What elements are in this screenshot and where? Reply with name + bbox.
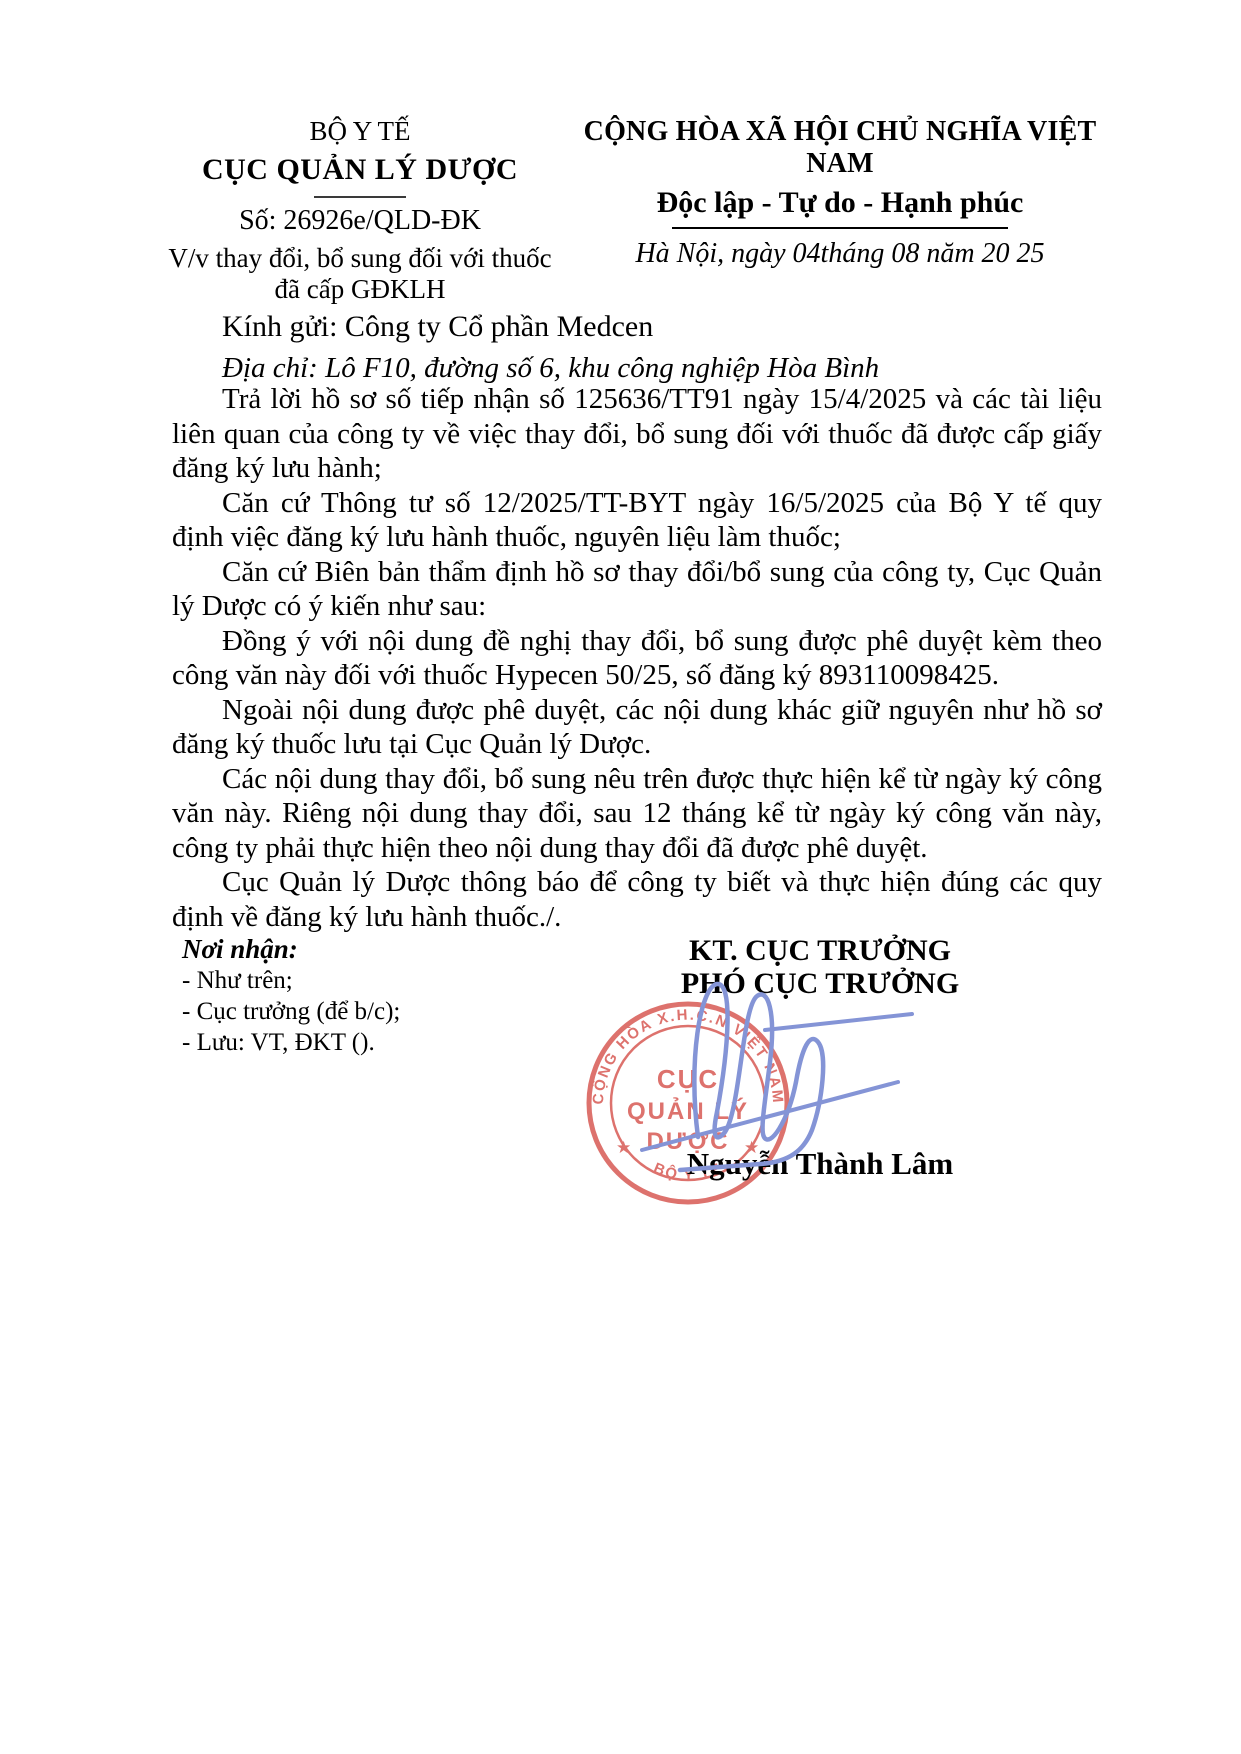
- distribution-item: - Như trên;: [182, 965, 400, 996]
- distribution-label: Nơi nhận:: [182, 934, 400, 965]
- subject-line-2: đã cấp GĐKLH: [150, 274, 570, 305]
- national-motto: Độc lập - Tự do - Hạnh phúc: [565, 186, 1115, 220]
- national-title: CỘNG HÒA XÃ HỘI CHỦ NGHĨA VIỆT NAM: [565, 116, 1115, 180]
- signature-loops: [680, 984, 823, 1170]
- national-header-block: CỘNG HÒA XÃ HỘI CHỦ NGHĨA VIỆT NAM Độc l…: [565, 116, 1115, 270]
- body-paragraph: Trả lời hồ sơ số tiếp nhận số 125636/TT9…: [172, 382, 1102, 486]
- motto-underline: [672, 227, 1008, 229]
- issuing-agency-block: BỘ Y TẾ CỤC QUẢN LÝ DƯỢC Số: 26926e/QLD-…: [150, 116, 570, 305]
- issuing-agency: CỤC QUẢN LÝ DƯỢC: [150, 153, 570, 187]
- recipient-address: Địa chỉ: Lô F10, đường số 6, khu công ng…: [222, 352, 879, 385]
- agency-underline: [314, 196, 406, 198]
- distribution-item: - Cục trưởng (để b/c);: [182, 996, 400, 1027]
- recipient-block: Kính gửi: Công ty Cổ phần Medcen Địa chỉ…: [222, 310, 879, 385]
- subject-line-1: V/v thay đổi, bổ sung đối với thuốc: [150, 243, 570, 274]
- handwritten-signature: [560, 952, 960, 1202]
- distribution-item: - Lưu: VT, ĐKT ().: [182, 1027, 400, 1058]
- body-paragraph: Căn cứ Biên bản thẩm định hồ sơ thay đổi…: [172, 555, 1102, 624]
- letter-body: Trả lời hồ sơ số tiếp nhận số 125636/TT9…: [172, 382, 1102, 934]
- document-number: Số: 26926e/QLD-ĐK: [150, 205, 570, 237]
- body-paragraph: Các nội dung thay đổi, bổ sung nêu trên …: [172, 762, 1102, 866]
- body-paragraph: Căn cứ Thông tư số 12/2025/TT-BYT ngày 1…: [172, 486, 1102, 555]
- body-paragraph: Cục Quản lý Dược thông báo để công ty bi…: [172, 865, 1102, 934]
- place-date-line: Hà Nội, ngày 04tháng 08 năm 20 25: [565, 238, 1115, 270]
- recipient-line: Kính gửi: Công ty Cổ phần Medcen: [222, 310, 879, 344]
- body-paragraph: Ngoài nội dung được phê duyệt, các nội d…: [172, 693, 1102, 762]
- document-page: BỘ Y TẾ CỤC QUẢN LÝ DƯỢC Số: 26926e/QLD-…: [0, 0, 1241, 1754]
- distribution-block: Nơi nhận: - Như trên; - Cục trưởng (để b…: [182, 934, 400, 1058]
- body-paragraph: Đồng ý với nội dung đề nghị thay đổi, bổ…: [172, 624, 1102, 693]
- parent-ministry: BỘ Y TẾ: [150, 116, 570, 147]
- signature-flourish-upper: [765, 1014, 912, 1030]
